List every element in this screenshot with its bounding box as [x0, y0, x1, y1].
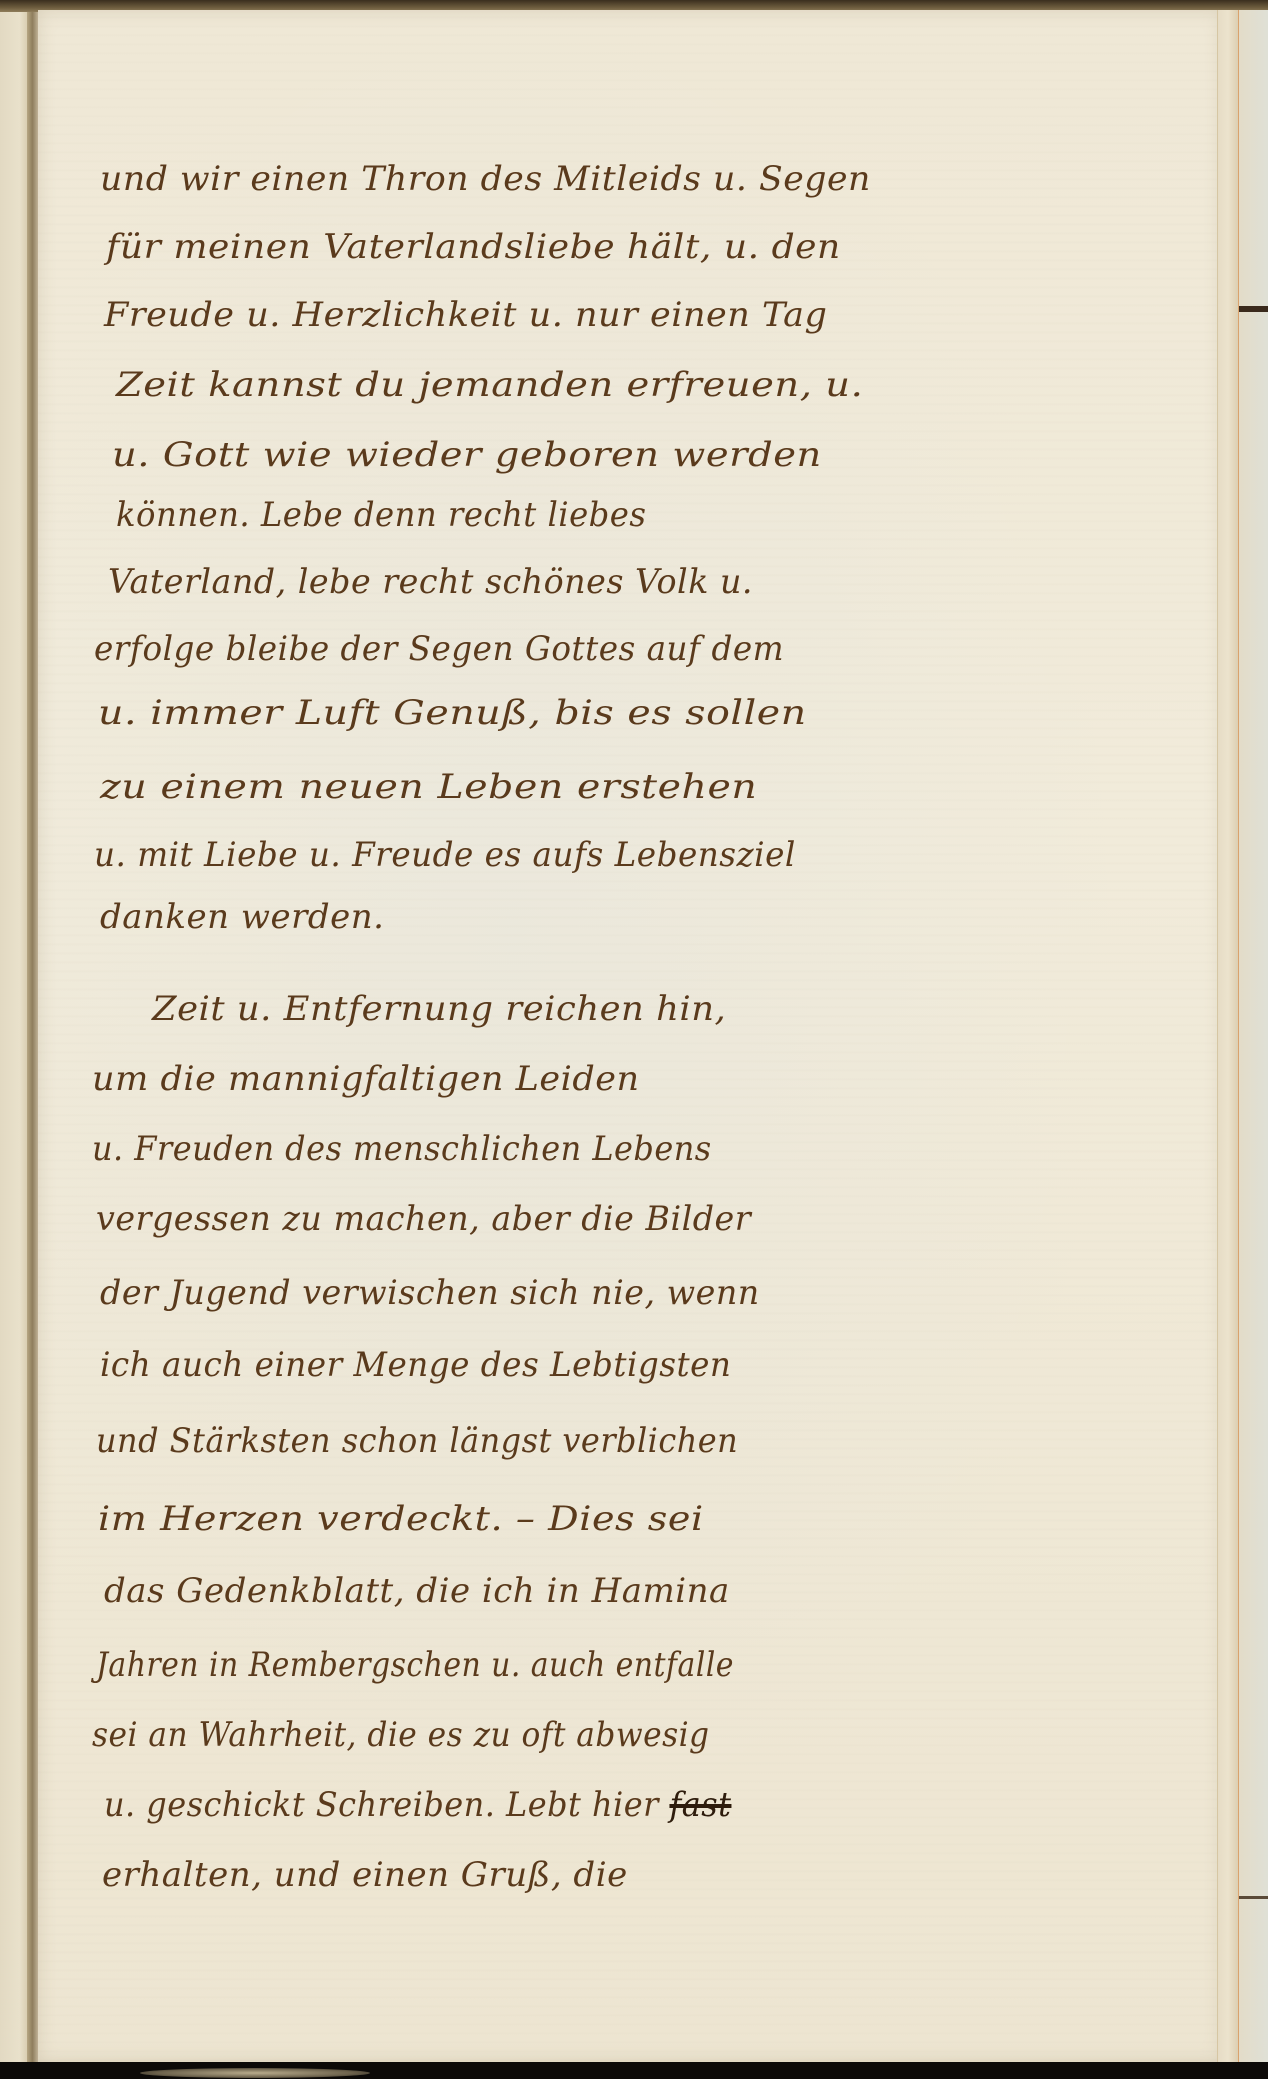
- manuscript-line: u. Freuden des menschlichen Lebens: [92, 1132, 712, 1166]
- manuscript-line: für meinen Vaterlandsliebe hält, u. den: [106, 230, 841, 264]
- manuscript-line: sei an Wahrheit, die es zu oft abwesig: [92, 1718, 710, 1752]
- manuscript-line: danken werden.: [100, 900, 384, 934]
- manuscript-line: ich auch einer Menge des Lebtigsten: [100, 1348, 731, 1382]
- manuscript-line: vergessen zu machen, aber die Bilder: [96, 1202, 751, 1236]
- manuscript-line: zu einem neuen Leben erstehen: [100, 770, 757, 804]
- manuscript-line: Vaterland, lebe recht schönes Volk u.: [108, 565, 753, 599]
- manuscript-line: u. geschickt Schreiben. Lebt hier fast: [104, 1788, 731, 1822]
- manuscript-line: erfolge bleibe der Segen Gottes auf dem: [94, 632, 784, 666]
- manuscript-line: u. Gott wie wieder geboren werden: [112, 438, 822, 472]
- manuscript-line: u. immer Luft Genuß, bis es sollen: [98, 696, 807, 730]
- manuscript-line: können. Lebe denn recht liebes: [116, 498, 646, 532]
- manuscript-line: u. mit Liebe u. Freude es aufs Lebenszie…: [94, 838, 796, 872]
- manuscript-scan: und wir einen Thron des Mitleids u. Sege…: [0, 0, 1268, 2079]
- manuscript-line: das Gedenkblatt, die ich in Hamina: [104, 1574, 730, 1608]
- manuscript-line: Jahren in Rembergschen u. auch entfalle: [96, 1648, 734, 1682]
- struck-out-word: fast: [669, 1785, 731, 1825]
- manuscript-line: um die mannigfaltigen Leiden: [92, 1062, 640, 1096]
- manuscript-line: im Herzen verdeckt. – Dies sei: [98, 1502, 704, 1536]
- handwritten-text: und wir einen Thron des Mitleids u. Sege…: [0, 0, 1268, 2079]
- line-text: u. geschickt Schreiben. Lebt hier: [104, 1785, 659, 1825]
- manuscript-line: erhalten, und einen Gruß, die: [102, 1858, 628, 1892]
- manuscript-line: der Jugend verwischen sich nie, wenn: [100, 1276, 760, 1310]
- manuscript-line: Freude u. Herzlichkeit u. nur einen Tag: [104, 298, 827, 332]
- manuscript-line: und Stärksten schon längst verblichen: [96, 1424, 738, 1458]
- manuscript-line: Zeit u. Entfernung reichen hin,: [152, 992, 726, 1026]
- manuscript-line: und wir einen Thron des Mitleids u. Sege…: [100, 162, 871, 196]
- manuscript-line: Zeit kannst du jemanden erfreuen, u.: [116, 368, 863, 402]
